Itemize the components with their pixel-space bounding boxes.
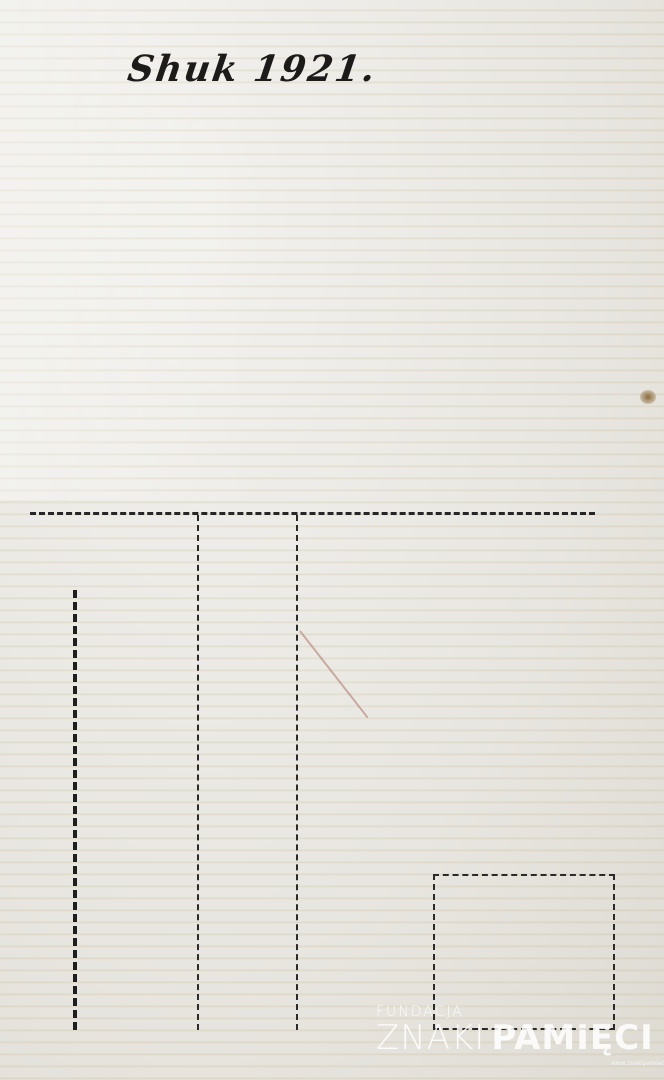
watermark-url: www.znakipamieci.pl bbox=[376, 1060, 664, 1067]
horizontal-divider-line bbox=[30, 512, 595, 515]
foxing-spot bbox=[640, 390, 656, 404]
vertical-line-left-bold bbox=[73, 590, 77, 1030]
postcard-back: Shuk 1921. FUNDACJA ZNAKI PAMIĘCI www.zn… bbox=[0, 0, 664, 1080]
handwritten-date-note: Shuk 1921. bbox=[125, 48, 379, 90]
vertical-line-right bbox=[296, 515, 298, 1030]
watermark-logo: FUNDACJA ZNAKI PAMIĘCI www.znakipamieci.… bbox=[376, 1004, 664, 1067]
scratch-mark bbox=[299, 630, 368, 718]
watermark-pamieci: PAMIĘCI bbox=[491, 1018, 653, 1058]
vertical-line-middle bbox=[197, 515, 199, 1030]
watermark-znaki: ZNAKI bbox=[376, 1018, 485, 1058]
